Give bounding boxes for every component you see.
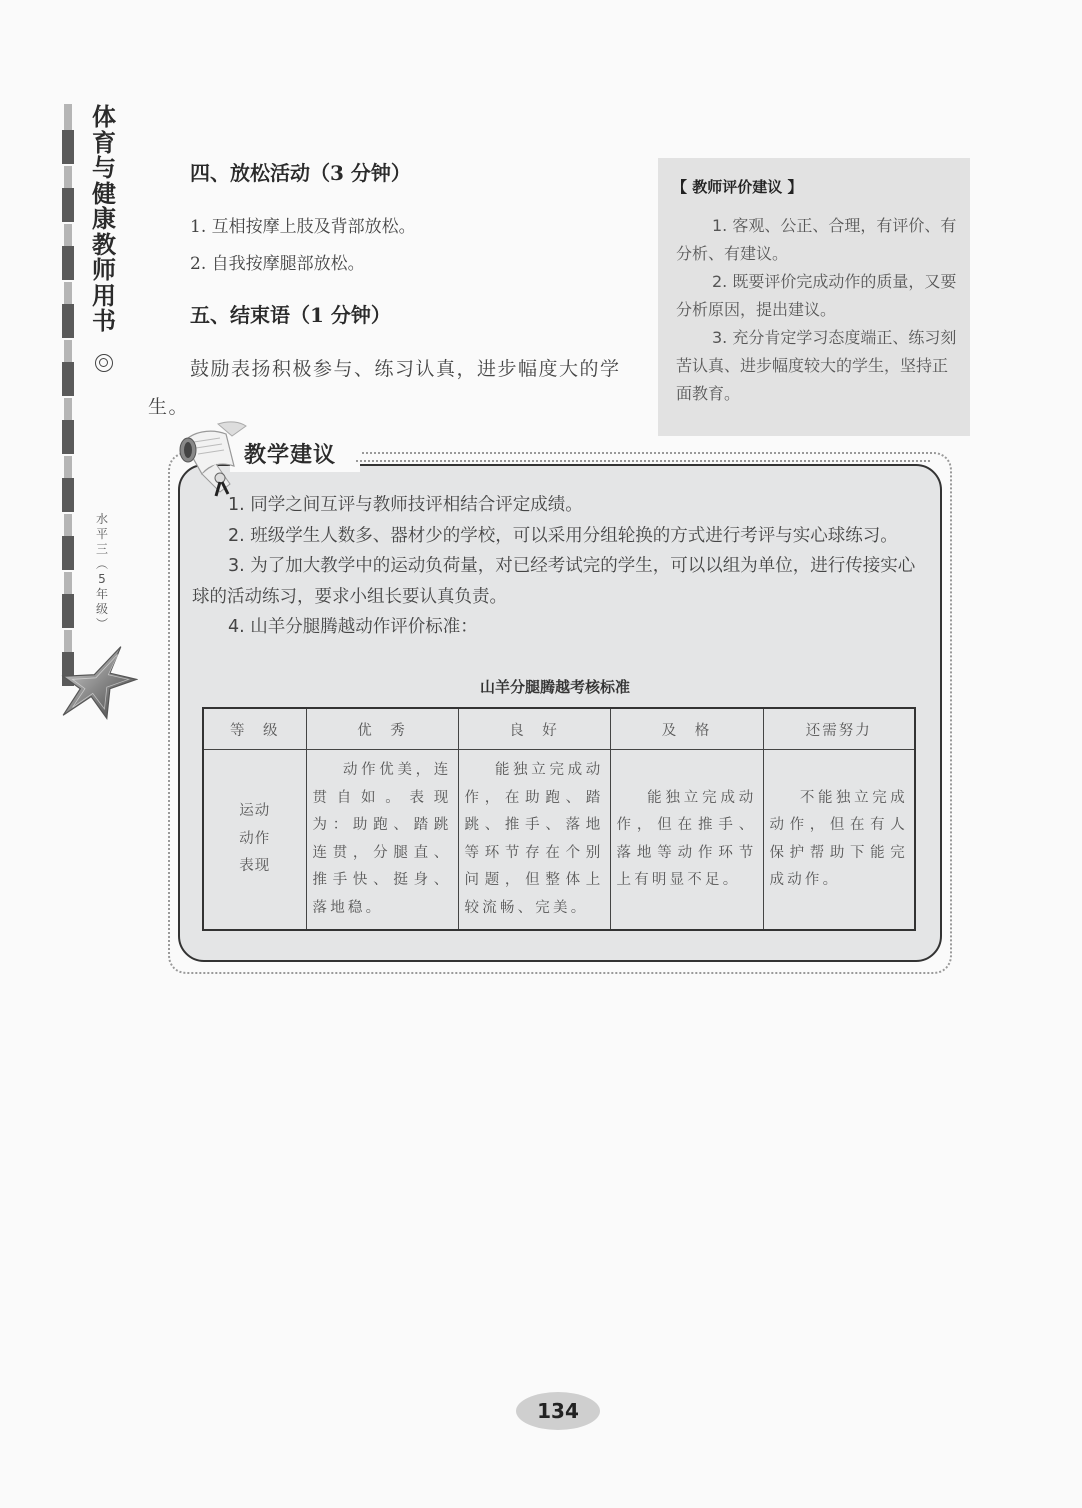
level-char: ︶ [92, 617, 112, 632]
table-caption: 山羊分腿腾越考核标准 [192, 676, 918, 697]
level-char: 水 [92, 512, 112, 527]
header-good: 良 好 [458, 708, 610, 750]
cell-excellent: 动作优美，连贯自如。表现为：助跑、踏跳连贯，分腿直、推手快、挺身、落地稳。 [306, 750, 458, 931]
header-grade: 等 级 [203, 708, 306, 750]
header-needs-work: 还需努力 [763, 708, 915, 750]
cell-text: 能独立完成动作，在助跑、踏跳、推手、落地等环节存在个别问题，但整体上较流畅、完美… [465, 762, 604, 916]
tip-item: 4. 山羊分腿腾越动作评价标准： [192, 612, 918, 643]
level-char: 年 [92, 587, 112, 602]
header-excellent: 优 秀 [306, 708, 458, 750]
cell-pass: 能独立完成动作，但在推手、落地等动作环节上有明显不足。 [610, 750, 763, 931]
tip-item: 3. 为了加大教学中的运动负荷量，对已经考试完的学生，可以以组为单位，进行传接实… [192, 551, 918, 612]
title-char: 用 [90, 283, 118, 309]
book-title-vertical: 体 育 与 健 康 教 师 用 书 [90, 104, 118, 334]
cell-text: 不能独立完成动作，但在有人保护帮助下能完成动作。 [770, 790, 909, 889]
title-char: 师 [90, 257, 118, 283]
eval-item: 1. 客观、公正、合理，有评价、有分析、有建议。 [676, 212, 958, 268]
grade-level-vertical: 水 平 三 ︵ 5 年 级 ︶ [92, 512, 112, 632]
cell-text: 动作优美，连贯自如。表现为：助跑、踏跳连贯，分腿直、推手快、挺身、落地稳。 [313, 762, 452, 916]
tip-item: 1. 同学之间互评与教师技评相结合评定成绩。 [192, 490, 918, 521]
sidebar-decor-bars [62, 104, 74, 686]
tip-item: 2. 班级学生人数多、器材少的学校，可以采用分组轮换的方式进行考评与实心球练习。 [192, 521, 918, 552]
relax-item: 2. 自我按摩腿部放松。 [190, 249, 365, 274]
cell-needs-work: 不能独立完成动作，但在有人保护帮助下能完成动作。 [763, 750, 915, 931]
level-char: 三 [92, 542, 112, 557]
title-char: 健 [90, 181, 118, 207]
level-char: 级 [92, 602, 112, 617]
title-char: 教 [90, 232, 118, 258]
cell-text: 能独立完成动作，但在推手、落地等动作环节上有明显不足。 [617, 790, 757, 889]
page-number: 134 [516, 1392, 600, 1430]
eval-item: 3. 充分肯定学习态度端正、练习刻苦认真、进步幅度较大的学生，坚持正面教育。 [676, 324, 958, 408]
star-icon [60, 645, 138, 720]
level-char: 平 [92, 527, 112, 542]
row-label-line: 运动 [210, 798, 300, 826]
title-char: 体 [90, 104, 118, 130]
header-pass: 及 格 [610, 708, 763, 750]
scroll-quill-icon [170, 420, 250, 500]
row-label-line: 动作 [210, 826, 300, 854]
assessment-standard-table: 等 级 优 秀 良 好 及 格 还需努力 运动 动作 表现 动作优美，连贯自如。… [202, 707, 916, 931]
level-char: ︵ [92, 557, 112, 572]
title-char: 与 [90, 155, 118, 181]
double-circle-icon [95, 354, 113, 372]
teacher-evaluation-box: 【 教师评价建议 】 1. 客观、公正、合理，有评价、有分析、有建议。 2. 既… [658, 158, 970, 436]
row-label: 运动 动作 表现 [203, 750, 306, 931]
tips-header-rule [356, 460, 930, 462]
section-heading-relax: 四、放松活动（3 分钟） [190, 157, 411, 186]
title-char: 康 [90, 206, 118, 232]
cell-good: 能独立完成动作，在助跑、踏跳、推手、落地等环节存在个别问题，但整体上较流畅、完美… [458, 750, 610, 931]
eval-box-title: 【 教师评价建议 】 [672, 176, 802, 197]
tips-title: 教学建议 [244, 438, 336, 469]
level-char: 5 [92, 572, 112, 587]
eval-item: 2. 既要评价完成动作的质量，又要分析原因，提出建议。 [676, 268, 958, 324]
title-char: 育 [90, 130, 118, 156]
title-char: 书 [90, 308, 118, 334]
table-row: 运动 动作 表现 动作优美，连贯自如。表现为：助跑、踏跳连贯，分腿直、推手快、挺… [203, 750, 915, 931]
closing-paragraph: 鼓励表扬积极参与、练习认真，进步幅度大的学生。 [148, 350, 648, 426]
table-header-row: 等 级 优 秀 良 好 及 格 还需努力 [203, 708, 915, 750]
relax-item: 1. 互相按摩上肢及背部放松。 [190, 212, 416, 237]
row-label-line: 表现 [210, 853, 300, 881]
section-heading-closing: 五、结束语（1 分钟） [190, 299, 391, 328]
